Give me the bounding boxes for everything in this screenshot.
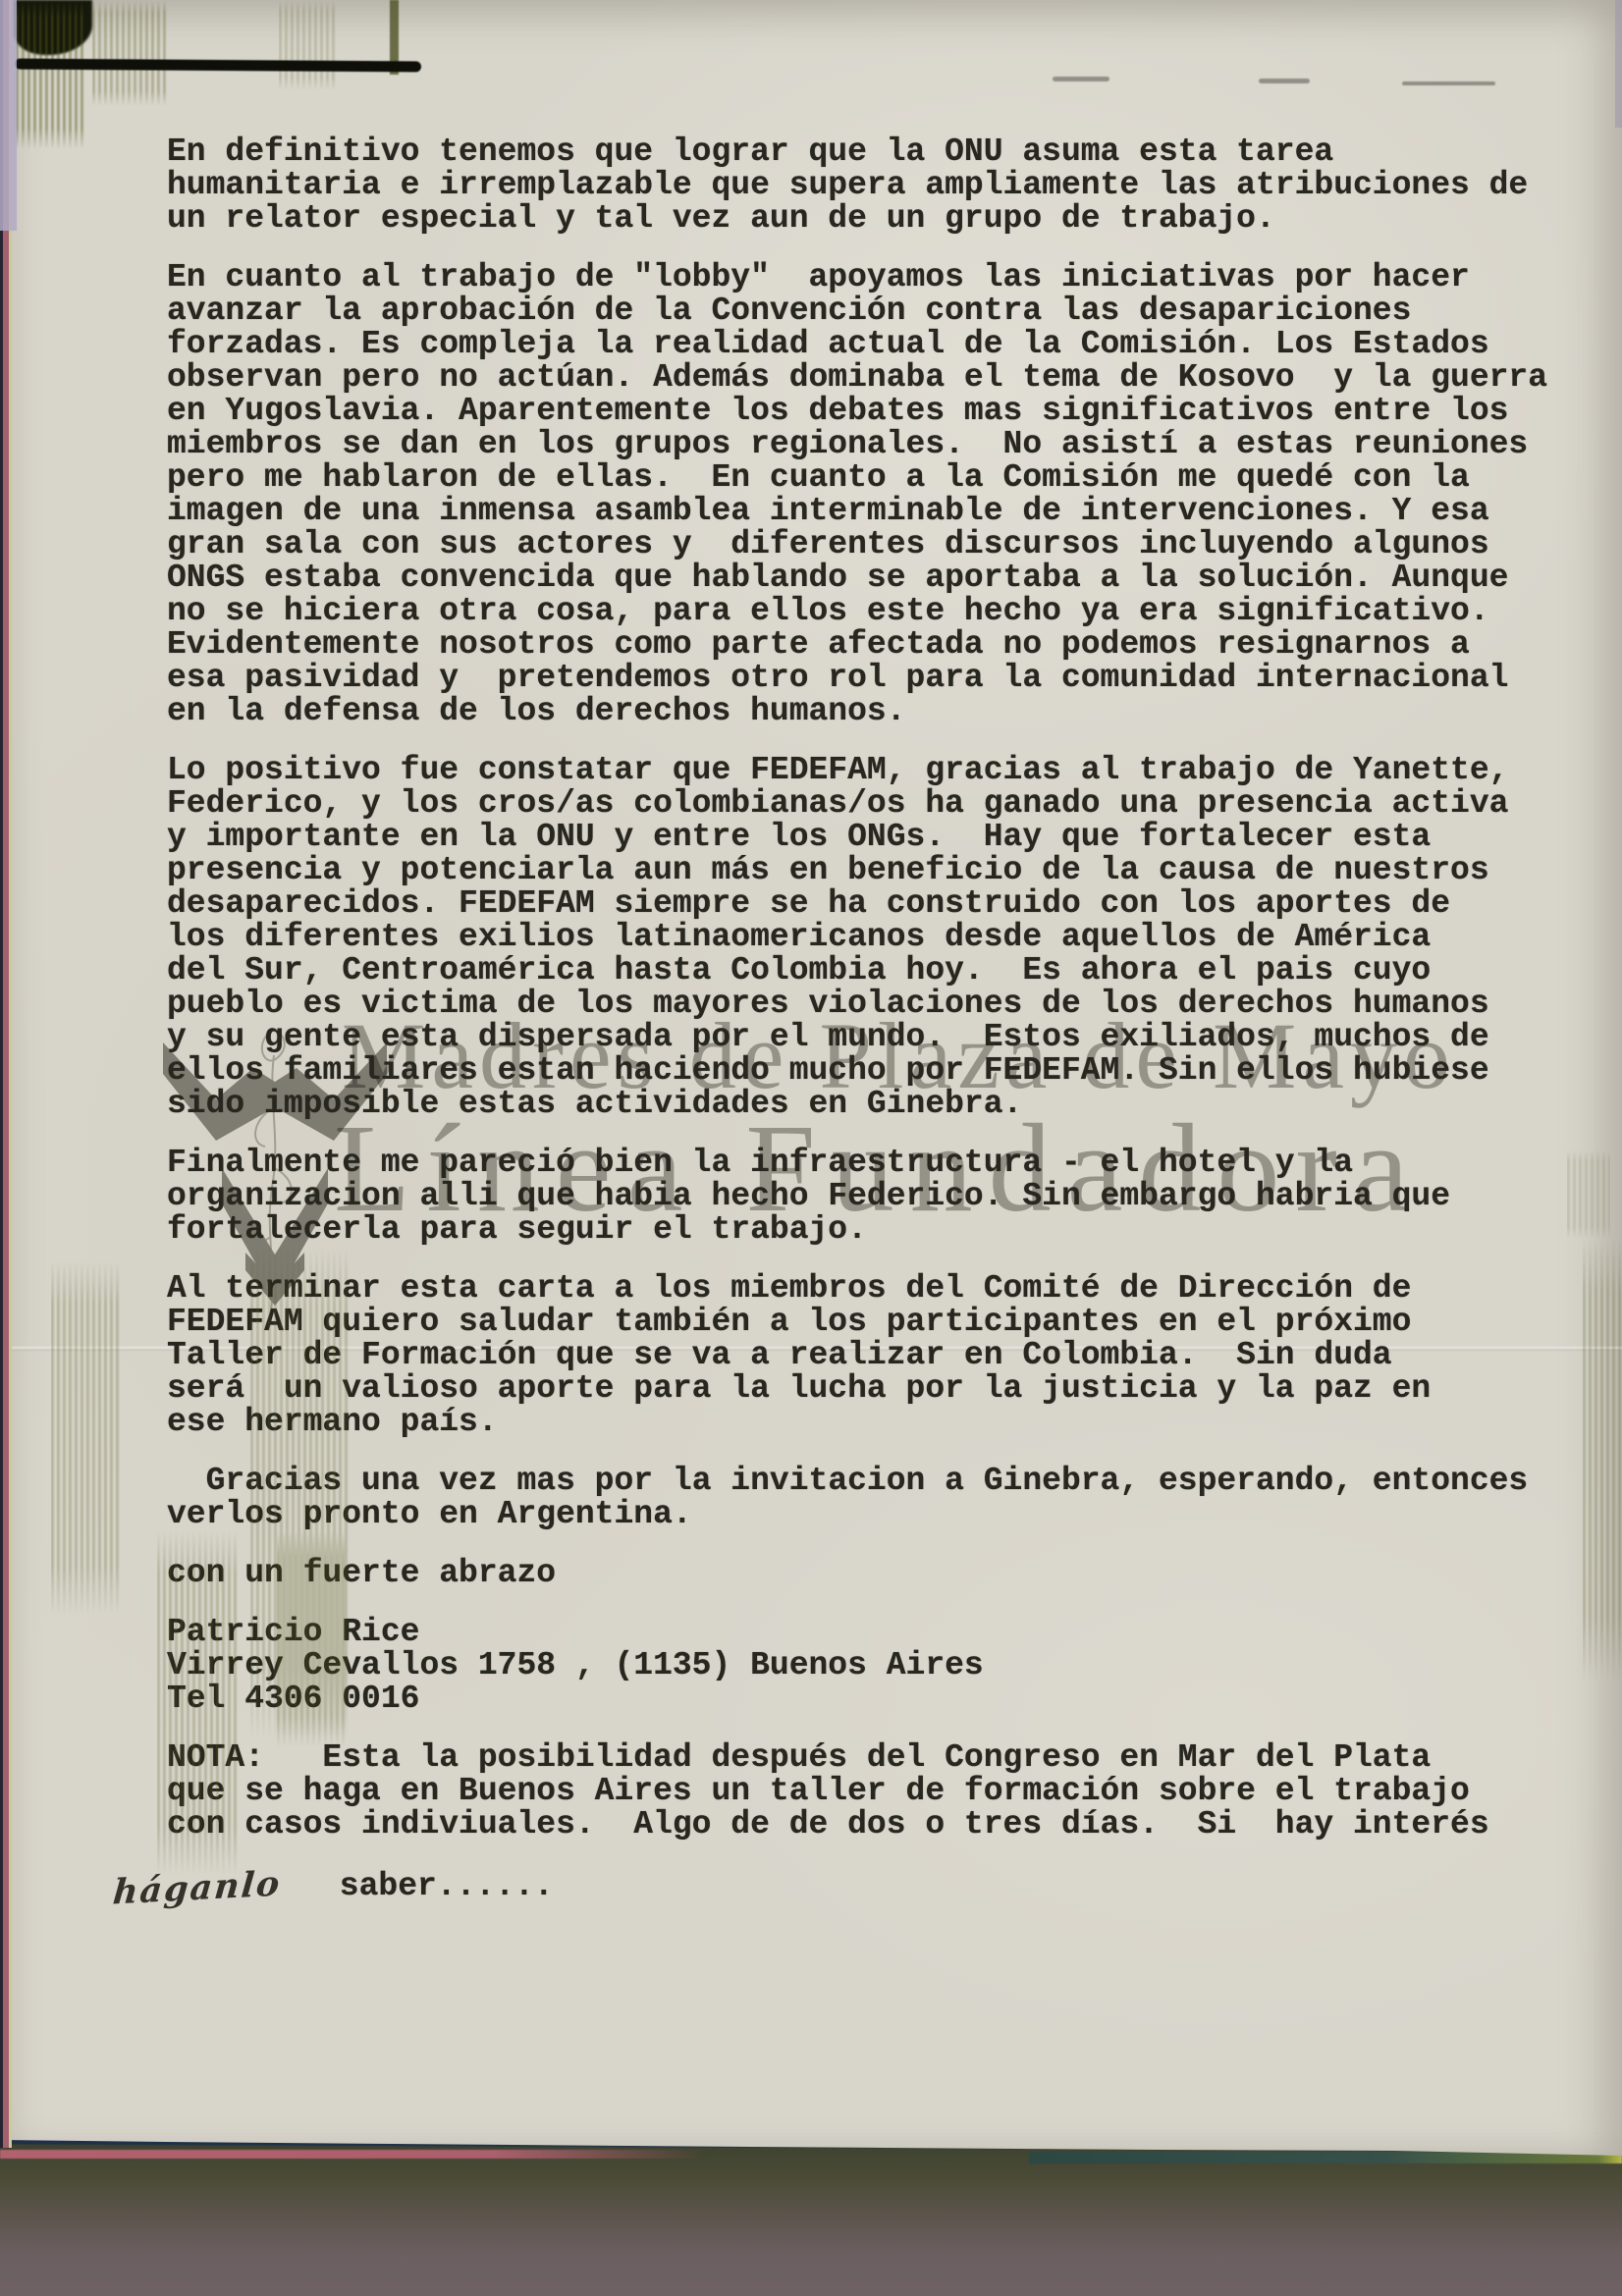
paragraph-6: Gracias una vez mas por la invitacion a …	[167, 1465, 1581, 1531]
mold-streak-left-4	[277, 1531, 346, 1747]
scan-dash-2	[1259, 79, 1310, 83]
paragraph-1: En definitivo tenemos que lograr que la …	[167, 135, 1581, 236]
mold-streak-top-3	[279, 0, 336, 90]
nota-block: NOTA: Esta la posibilidad después del Co…	[167, 1741, 1581, 1842]
mold-streak-left-1	[51, 1261, 120, 1615]
closing-line: con un fuerte abrazo	[167, 1557, 1581, 1590]
scan-dash-3	[1402, 81, 1495, 85]
paragraph-5: Al terminar esta carta a los miembros de…	[167, 1272, 1581, 1439]
letter-body: En definitivo tenemos que lograr que la …	[167, 135, 1581, 1903]
paragraph-3: Lo positivo fue constatar que FEDEFAM, g…	[167, 754, 1581, 1121]
scanner-right-edge-top	[1615, 0, 1622, 128]
scanned-letter-page: Madres de Plaza de Mayo Línea Fundadora …	[0, 0, 1622, 2296]
mold-streak-top-2	[92, 0, 169, 106]
paragraph-4: Finalmente me pareció bien la infraestru…	[167, 1147, 1581, 1247]
signature-block: Patricio Rice Virrey Cevallos 1758 , (11…	[167, 1616, 1581, 1716]
paper-bottom-edge-pink-fringe	[0, 2150, 707, 2159]
mold-streak-right-2	[1567, 1150, 1610, 1239]
mold-streak-right-1	[1583, 1239, 1622, 1681]
mold-streak-left-2	[157, 1531, 238, 1875]
mold-streak-top-1	[16, 0, 86, 149]
nota-typed-end: saber......	[281, 1868, 553, 1904]
paragraph-2: En cuanto al trabajo de "lobby" apoyamos…	[167, 261, 1581, 728]
scan-dash-1	[1053, 77, 1109, 81]
nota-last-line: háganlo saber......	[167, 1867, 1581, 1903]
scanner-left-edge-top	[0, 0, 17, 231]
paper-sheet: Madres de Plaza de Mayo Línea Fundadora …	[0, 0, 1622, 2156]
scanner-left-edge	[0, 0, 14, 2148]
